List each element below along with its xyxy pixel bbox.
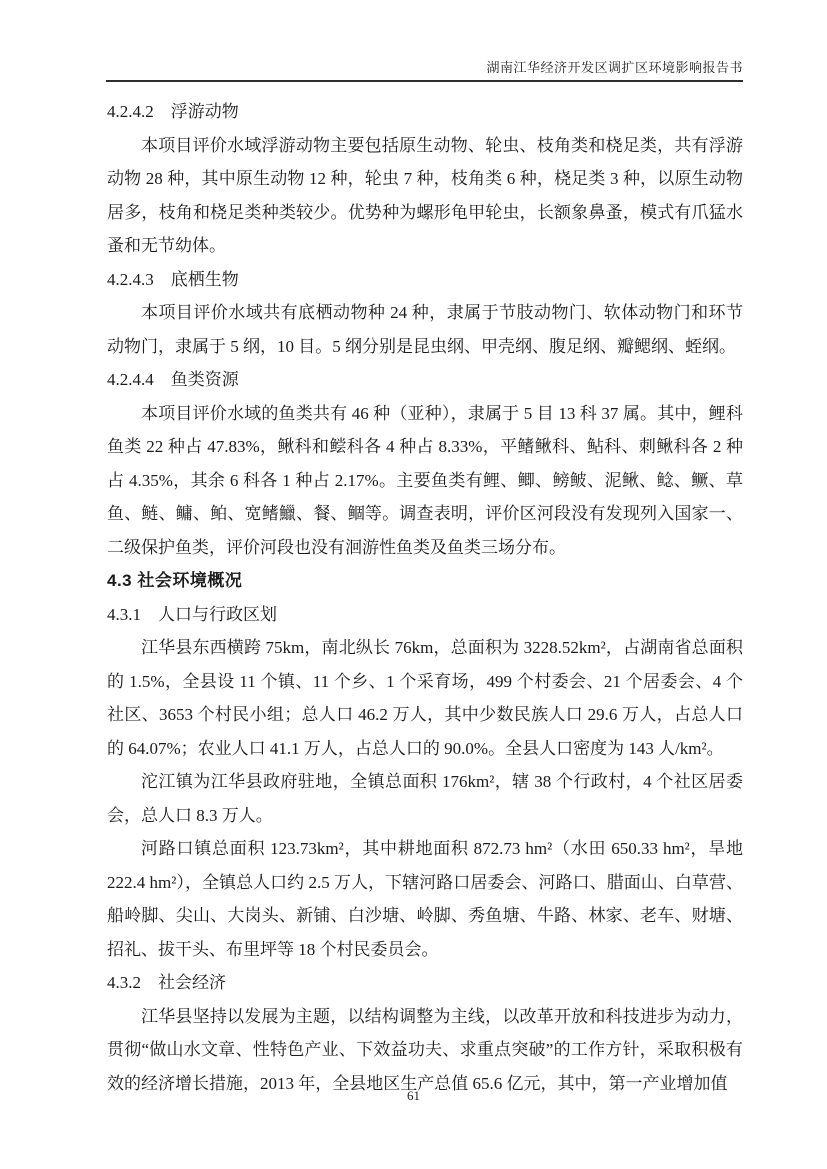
heading-4-2-4-3-benthos: 4.2.4.3 底栖生物 xyxy=(107,263,743,297)
heading-4-3-1-population-divisions: 4.3.1 人口与行政区划 xyxy=(107,598,743,632)
heading-4-2-4-4-fish-resources: 4.2.4.4 鱼类资源 xyxy=(107,363,743,397)
paragraph-plankton: 本项目评价水域浮游动物主要包括原生动物、轮虫、枝角类和桡足类，共有浮游动物 28… xyxy=(107,129,743,263)
paragraph-tuojiang-town: 沱江镇为江华县政府驻地，全镇总面积 176km²，辖 38 个行政村，4 个社区… xyxy=(107,765,743,832)
paragraph-county-population: 江华县东西横跨 75km，南北纵长 76km，总面积为 3228.52km²，占… xyxy=(107,631,743,765)
paragraph-fish-resources: 本项目评价水域的鱼类共有 46 种（亚种），隶属于 5 目 13 科 37 属。… xyxy=(107,397,743,565)
heading-4-3-2-social-economy: 4.3.2 社会经济 xyxy=(107,966,743,1000)
page-number: 61 xyxy=(407,1088,420,1103)
heading-4-2-4-2-plankton: 4.2.4.2 浮游动物 xyxy=(107,95,743,129)
paragraph-helukou-town: 河路口镇总面积 123.73km²，其中耕地面积 872.73 hm²（水田 6… xyxy=(107,832,743,966)
paragraph-benthos: 本项目评价水域共有底栖动物种 24 种，隶属于节肢动物门、软体动物门和环节动物门… xyxy=(107,296,743,363)
header-title: 湖南江华经济开发区调扩区环境影响报告书 xyxy=(486,60,743,75)
heading-4-3-social-environment: 4.3 社会环境概况 xyxy=(107,564,743,598)
document-body: 4.2.4.2 浮游动物 本项目评价水域浮游动物主要包括原生动物、轮虫、枝角类和… xyxy=(107,95,743,1100)
paragraph-economy: 江华县坚持以发展为主题，以结构调整为主线，以改革开放和科技进步为动力，贯彻“做山… xyxy=(107,1000,743,1101)
document-page: 湖南江华经济开发区调扩区环境影响报告书 4.2.4.2 浮游动物 本项目评价水域… xyxy=(0,0,827,1169)
page-header: 湖南江华经济开发区调扩区环境影响报告书 xyxy=(106,57,743,76)
page-footer: 61 xyxy=(0,1088,827,1104)
header-rule xyxy=(106,80,743,82)
